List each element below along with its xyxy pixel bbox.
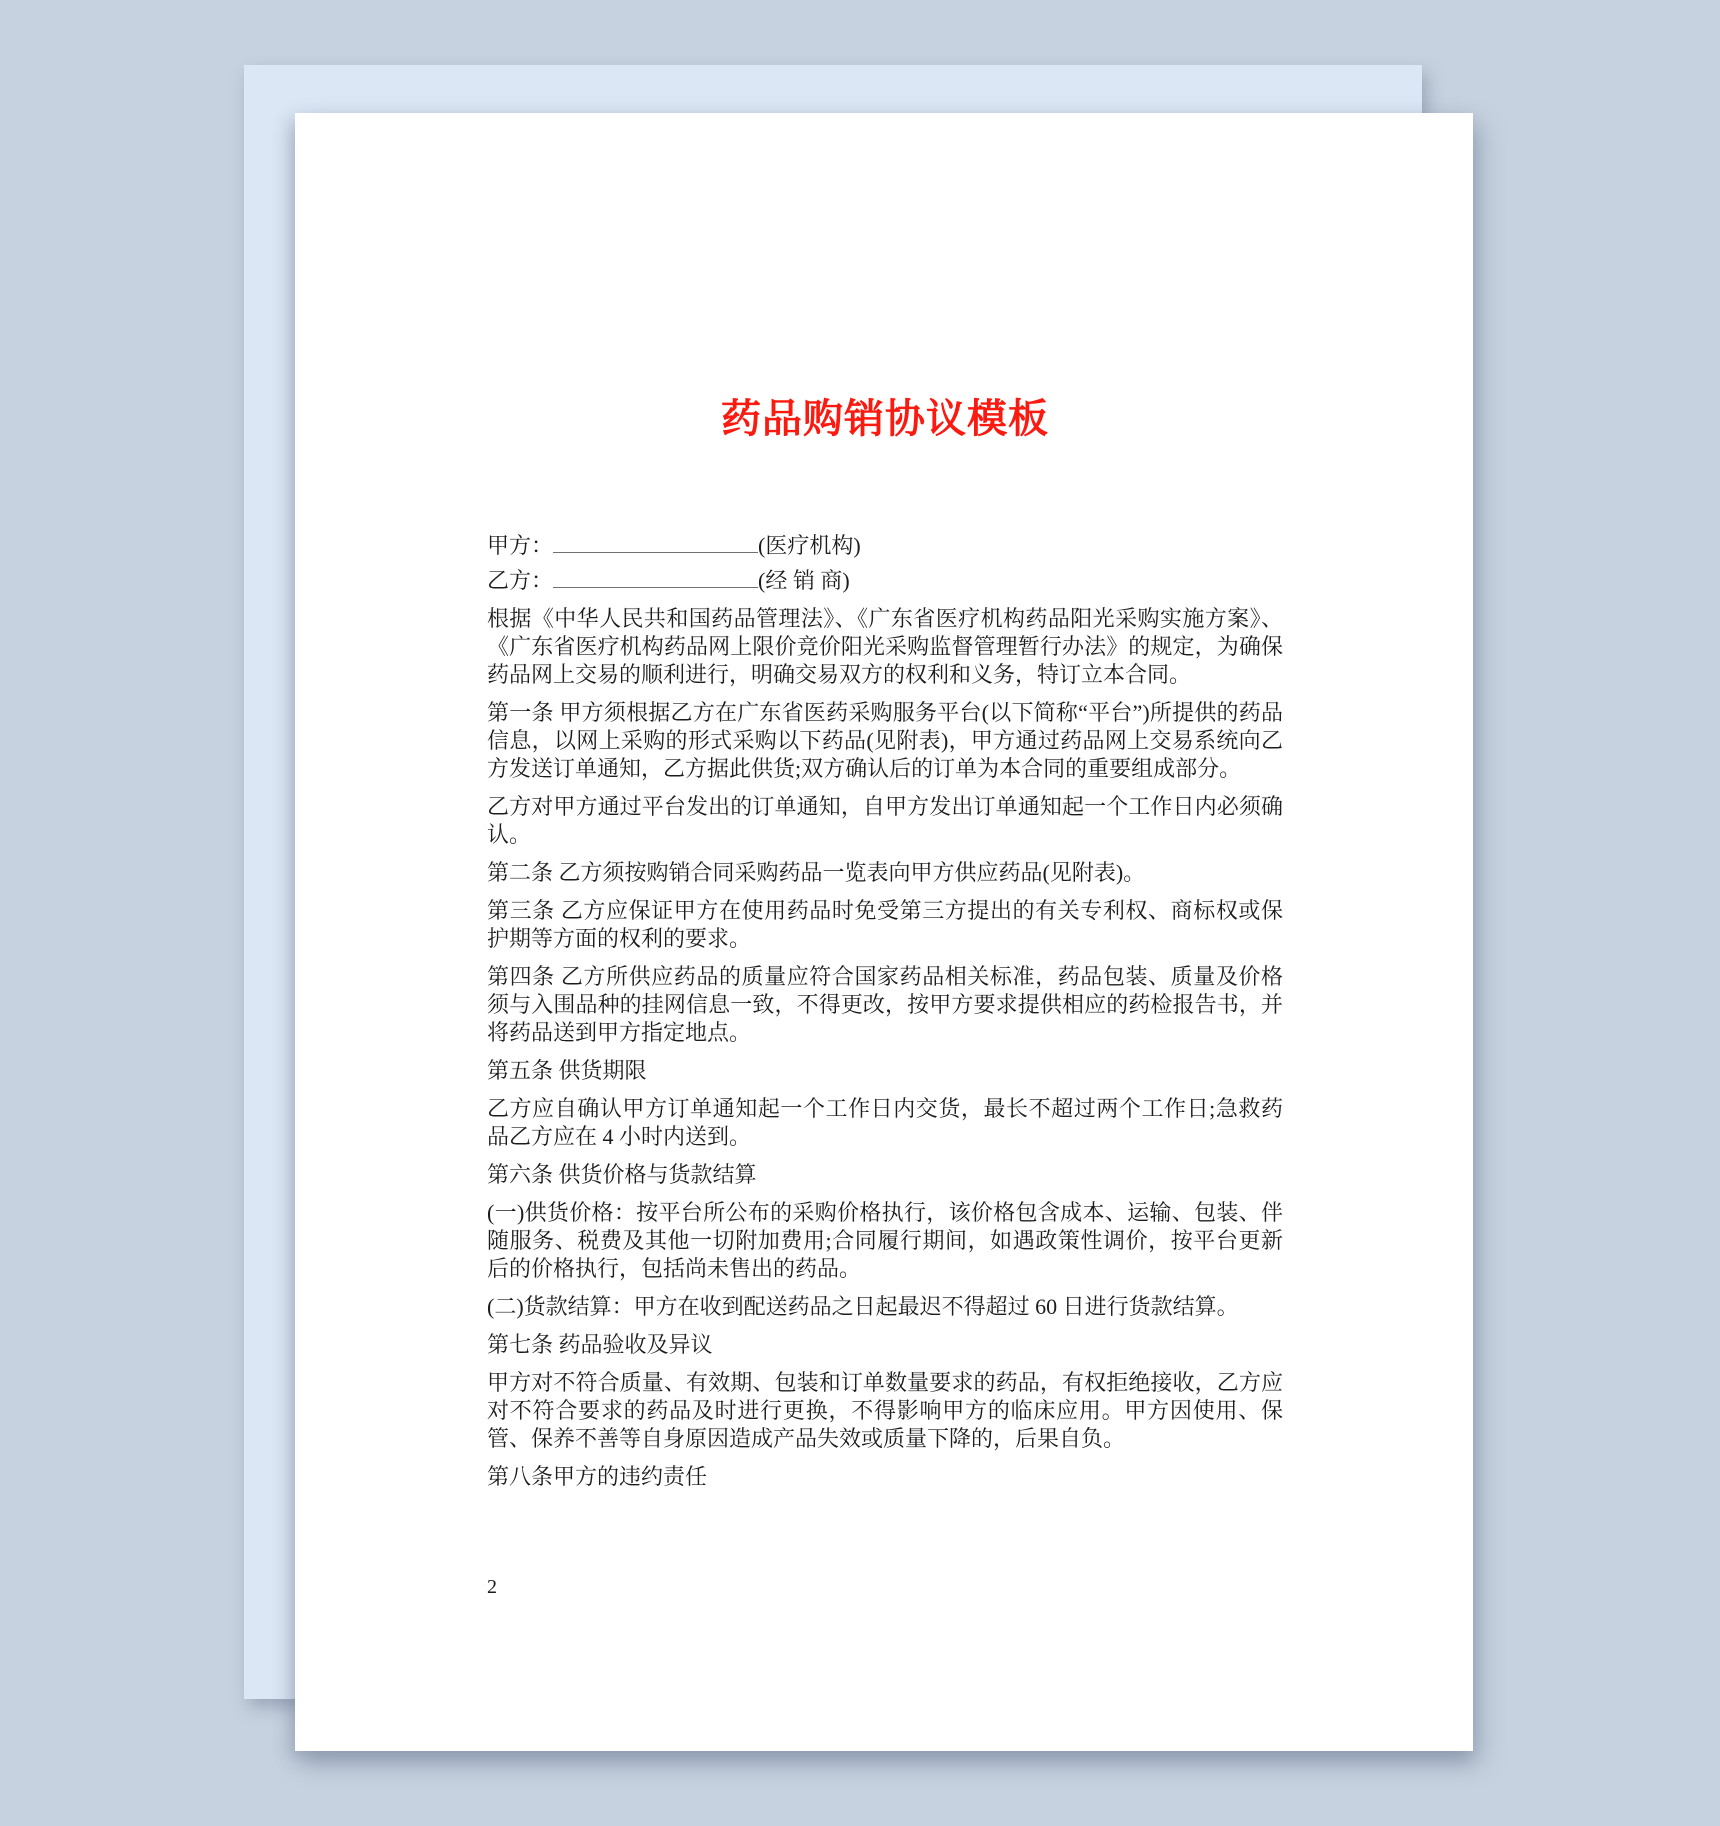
contract-title: 药品购销协议模板 xyxy=(487,395,1283,443)
contract-page: 药品购销协议模板 甲方：(医疗机构) 乙方：(经 销 商) 根据《中华人民共和国… xyxy=(295,113,1473,1751)
party-a-label: 甲方： xyxy=(487,533,553,558)
party-a-blank-line xyxy=(553,531,758,553)
contract-paragraph: 乙方应自确认甲方订单通知起一个工作日内交货，最长不超过两个工作日;急救药品乙方应… xyxy=(487,1095,1283,1151)
contract-paragraph: 第四条 乙方所供应药品的质量应符合国家药品相关标准，药品包装、质量及价格须与入围… xyxy=(487,963,1283,1047)
contract-paragraph: 第八条甲方的违约责任 xyxy=(487,1463,1283,1491)
contract-paragraph: 第二条 乙方须按购销合同采购药品一览表向甲方供应药品(见附表)。 xyxy=(487,859,1283,887)
contract-paragraph: 乙方对甲方通过平台发出的订单通知，自甲方发出订单通知起一个工作日内必须确认。 xyxy=(487,793,1283,849)
contract-paragraph: 第三条 乙方应保证甲方在使用药品时免受第三方提出的有关专利权、商标权或保护期等方… xyxy=(487,897,1283,953)
party-a-role: (医疗机构) xyxy=(758,533,861,558)
contract-paragraph: 第七条 药品验收及异议 xyxy=(487,1331,1283,1359)
contract-paragraph: 第一条 甲方须根据乙方在广东省医药采购服务平台(以下简称“平台”)所提供的药品信… xyxy=(487,699,1283,783)
contract-paragraph: 第六条 供货价格与货款结算 xyxy=(487,1161,1283,1189)
party-b-label: 乙方： xyxy=(487,568,553,593)
parties-block: 甲方：(医疗机构) 乙方：(经 销 商) xyxy=(487,528,1283,598)
party-b-line: 乙方：(经 销 商) xyxy=(487,563,1283,598)
contract-paragraph: (一)供货价格：按平台所公布的采购价格执行，该价格包含成本、运输、包装、伴随服务… xyxy=(487,1199,1283,1283)
contract-paragraph: 第五条 供货期限 xyxy=(487,1057,1283,1085)
page-number: 2 xyxy=(487,1575,497,1599)
contract-paragraph: (二)货款结算：甲方在收到配送药品之日起最迟不得超过 60 日进行货款结算。 xyxy=(487,1293,1283,1321)
contract-body: 根据《中华人民共和国药品管理法》、《广东省医疗机构药品阳光采购实施方案》、《广东… xyxy=(487,605,1283,1491)
document-preview: 药品购销协议模板 甲方：(医疗机构) 乙方：(经 销 商) 根据《中华人民共和国… xyxy=(0,0,1720,1826)
contract-paragraph: 根据《中华人民共和国药品管理法》、《广东省医疗机构药品阳光采购实施方案》、《广东… xyxy=(487,605,1283,689)
party-b-role: (经 销 商) xyxy=(758,568,850,593)
party-b-blank-line xyxy=(553,566,758,588)
party-a-line: 甲方：(医疗机构) xyxy=(487,528,1283,563)
contract-paragraph: 甲方对不符合质量、有效期、包装和订单数量要求的药品，有权拒绝接收，乙方应对不符合… xyxy=(487,1369,1283,1453)
